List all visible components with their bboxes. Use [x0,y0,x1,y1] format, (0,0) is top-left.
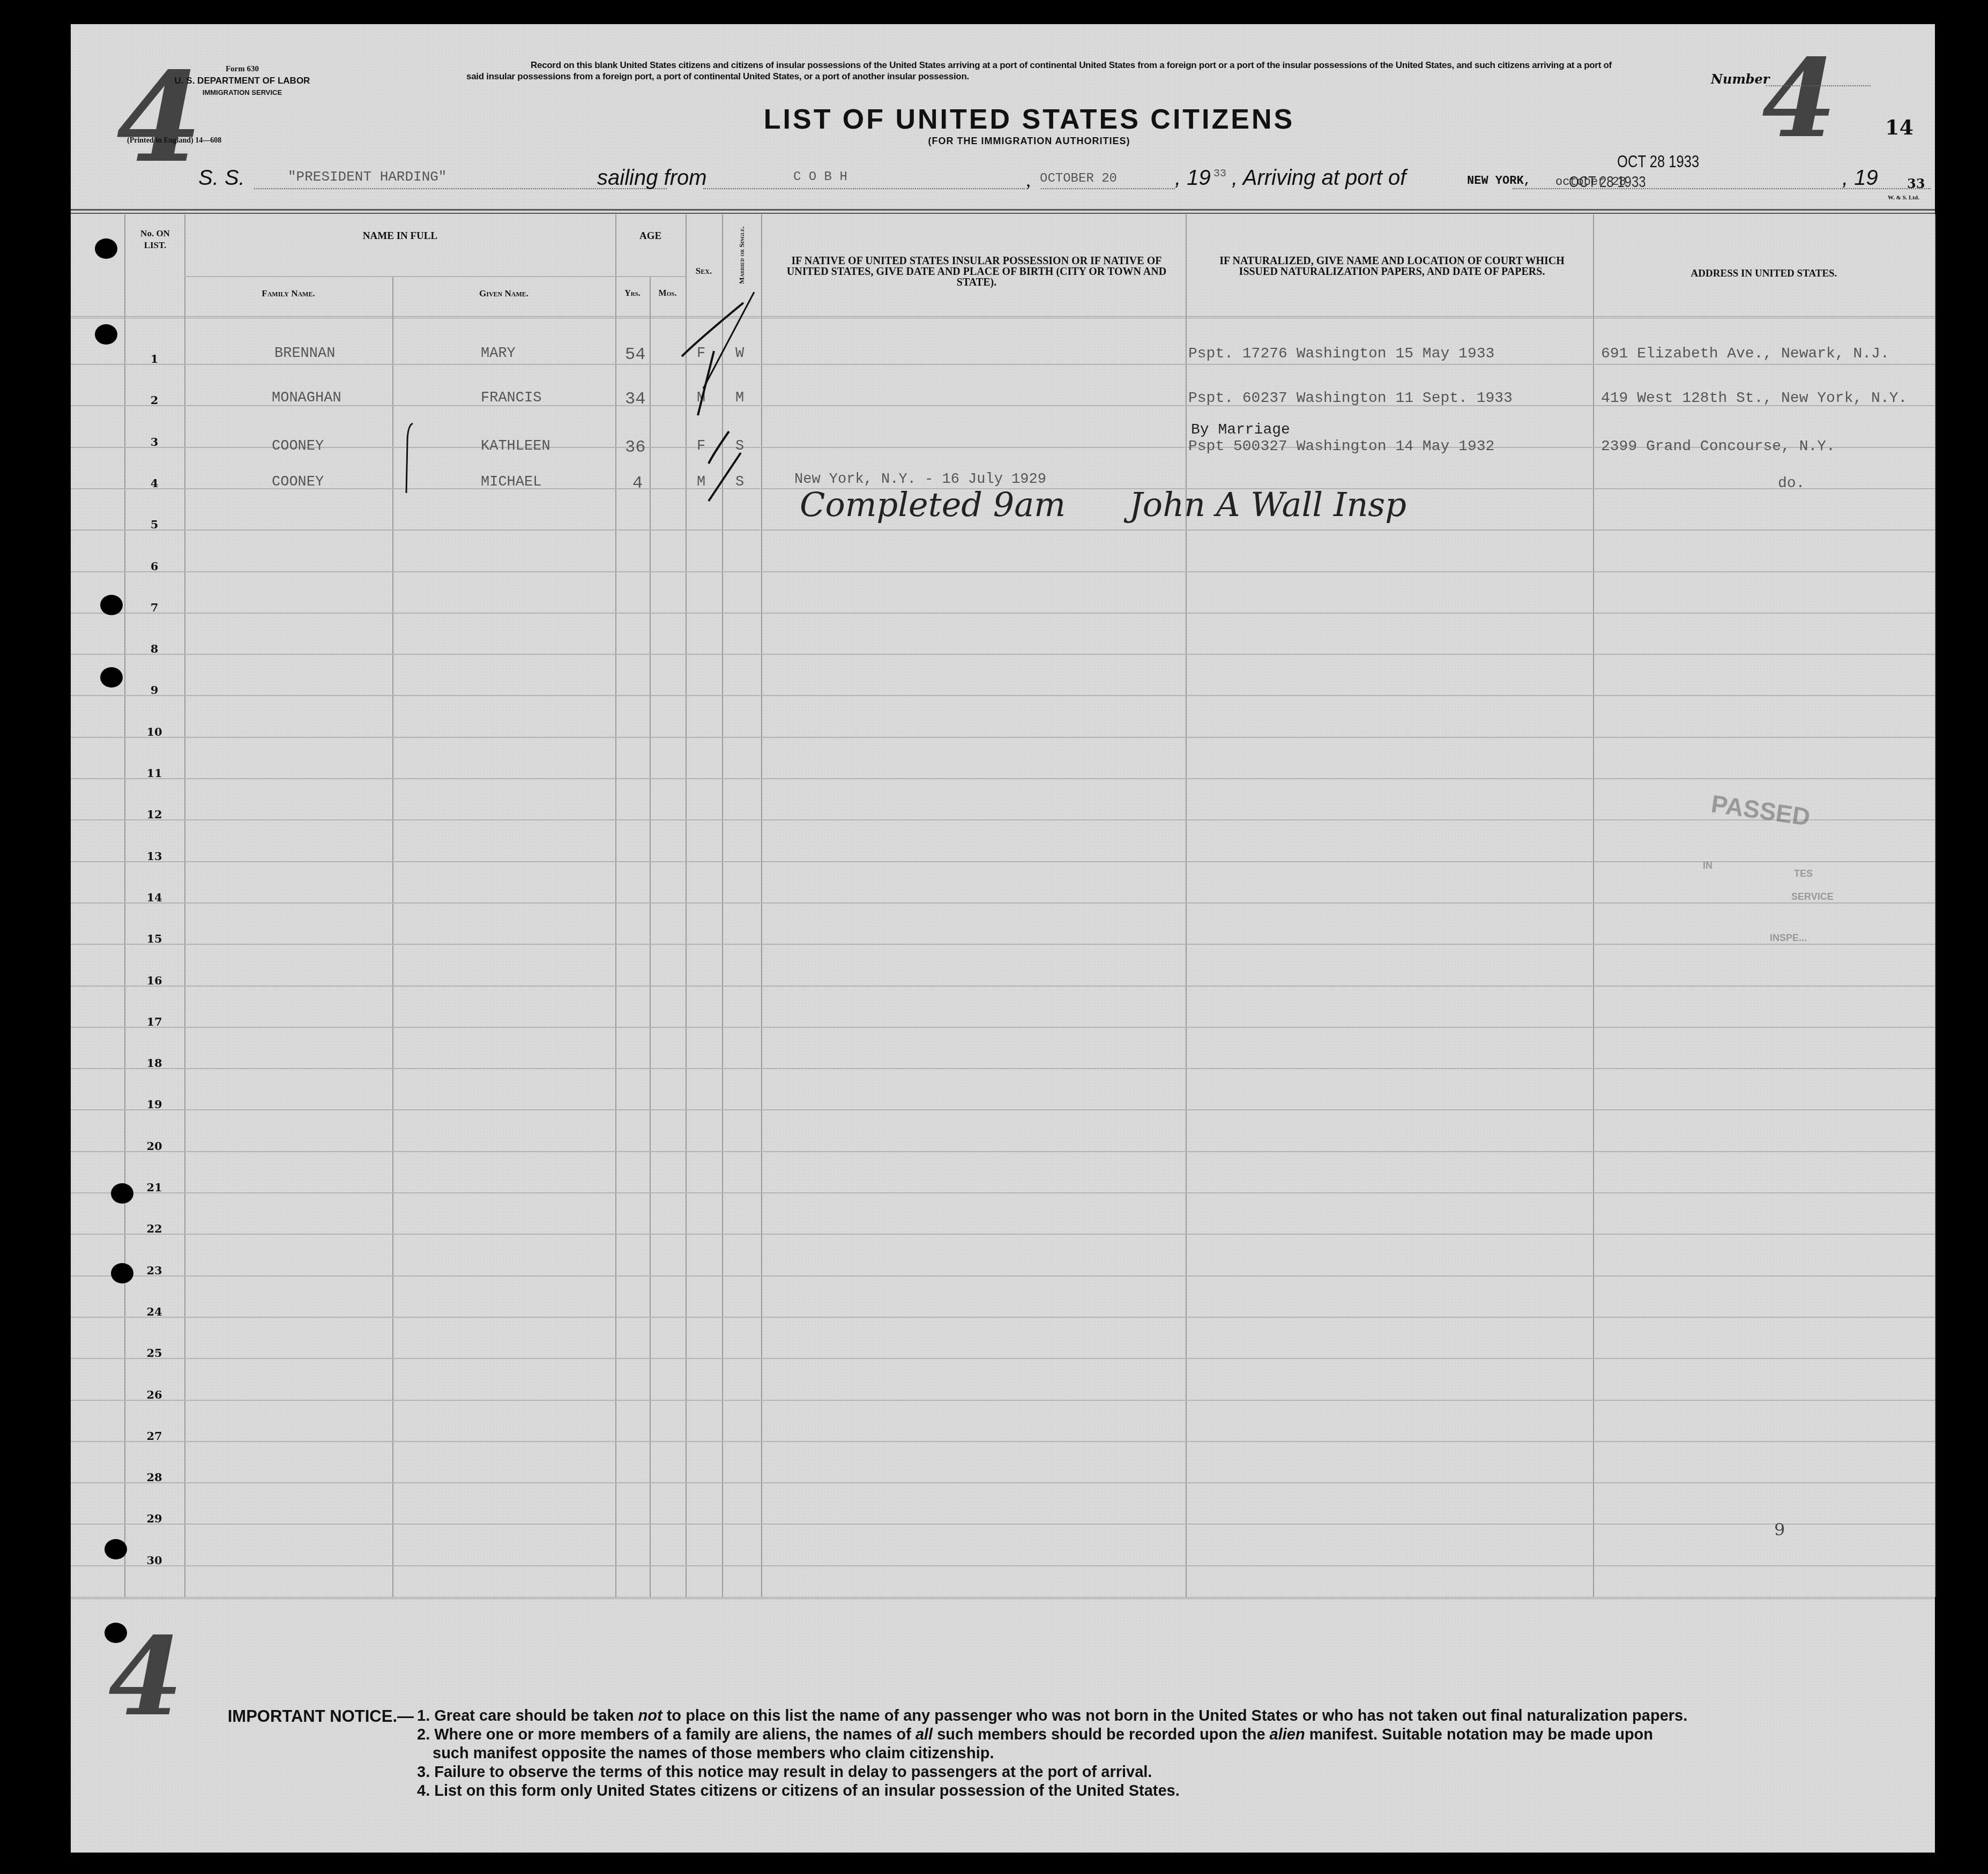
col-line [1935,214,1935,1597]
notice-emphasis: not [638,1707,662,1724]
row-rule [71,1234,1935,1235]
row-number: 29 [138,1512,170,1525]
col-header-naturalization: IF NATURALIZED, GIVE NAME AND LOCATION O… [1202,256,1582,277]
notice-text: Where one or more members of a family ar… [434,1726,1653,1744]
punch-hole [111,1263,133,1283]
row-number: 19 [138,1097,170,1111]
punch-hole [95,324,117,345]
notice-text-part: such members should be recorded upon the [933,1726,1269,1743]
row-rule [71,654,1935,655]
notice-emphasis: all [915,1726,933,1743]
row-rule [71,529,1935,531]
important-notice: IMPORTANT NOTICE.— 1. Great care should … [140,1707,1931,1801]
col-header-no: No. ON LIST. [130,228,181,251]
naturalization-cell: Pspt 500327 Washington 14 May 1932 [1188,438,1494,455]
given-name-cell: MARY [481,346,516,362]
row-rule [71,695,1935,696]
col-line [184,214,185,1597]
row-number: 7 [138,601,170,614]
notice-text-part: Where one or more members of a family ar… [434,1726,915,1743]
name-age-divider [184,276,686,277]
row-number: 15 [138,932,170,945]
notice-num: 1. [417,1707,430,1726]
row-number: 24 [138,1305,170,1318]
row-number: 23 [138,1264,170,1277]
row-rule [71,819,1935,820]
row-rule [71,364,1935,365]
row-number: 9 [138,683,170,697]
col-header-yrs: Yrs. [615,288,650,300]
row-rule [71,1482,1935,1483]
col-header-family-name: Family Name. [184,288,392,300]
arrival-year-suffix: 33 [1907,176,1925,191]
printed-note: (Printed in England) 14—608 [127,137,221,145]
form-number: Form 630 [199,65,285,74]
row-number: 28 [138,1470,170,1484]
comma: , [1175,166,1187,190]
departure-date-line [1041,188,1175,189]
year-prefix: 19 [1187,166,1211,190]
departure-date: OCTOBER 20 [1040,171,1117,186]
family-name-cell: MONAGHAN [272,390,341,406]
row-number: 26 [138,1388,170,1401]
number-field-line [1766,85,1871,86]
row-rule [71,778,1935,779]
col-line [615,214,616,1597]
header-rule [71,209,1935,211]
row-number: 13 [138,849,170,863]
address-cell: 419 West 128th St., New York, N.Y. [1601,390,1907,407]
row-number: 12 [138,808,170,821]
row-rule [71,902,1935,904]
row-number: 22 [138,1222,170,1235]
notice-item-4: 4. List on this form only United States … [140,1782,1931,1801]
punch-hole [111,1183,133,1204]
row-number: 20 [138,1139,170,1153]
corner-number-stamp-top: 4 [116,56,202,180]
notice-text: List on this form only United States cit… [434,1782,1180,1801]
departure-port-line [703,188,1025,189]
stamp-fragment: INSPE... [1770,932,1807,944]
row-rule [71,1275,1935,1276]
stamp-fragment: IN [1703,860,1712,871]
notice-text-part: Great care should be taken [434,1707,638,1724]
row-rule [71,861,1935,862]
age-years-cell: 4 [632,473,643,493]
row-rule [71,1027,1935,1028]
row-rule [71,1109,1935,1110]
passed-stamp: PASSED [1709,789,1812,831]
row-rule [71,613,1935,614]
sailing-from-label: sailing from [597,166,707,190]
arrival-date-stamp-overprint: OCT 28 1933 [1569,173,1646,191]
row-rule [71,571,1935,572]
record-instructions: Record on this blank United States citiz… [466,59,1613,82]
row-rule [71,1441,1935,1442]
number-label: Number [1711,71,1769,87]
service-label: IMMIGRATION SERVICE [162,88,323,96]
check-marks [660,281,821,506]
row-rule [71,1192,1935,1193]
col-header-sex: Sex. [686,265,722,277]
row-number: 21 [138,1181,170,1194]
row-rule [71,1524,1935,1525]
row-rule [71,1068,1935,1069]
row-number: 2 [138,393,170,407]
row-number: 16 [138,974,170,987]
notice-num: 3. [417,1763,430,1782]
notice-text: Failure to observe the terms of this not… [434,1763,1152,1782]
row-number: 1 [138,352,170,365]
ship-name: "PRESIDENT HARDING" [288,169,446,185]
col-line [650,276,651,1597]
header-rule-2 [71,213,1935,214]
stamp-fragment: SERVICE [1791,891,1834,902]
notice-text-part: manifest. Suitable notation may be made … [1305,1726,1653,1743]
age-years-cell: 34 [625,389,645,409]
row-number: 8 [138,642,170,655]
row-rule [71,1565,1935,1566]
printer-mark: W. & S. Ltd. [1888,195,1919,201]
ss-label: S. S. [198,166,245,190]
col-header-native-birth: IF NATIVE OF UNITED STATES INSULAR POSSE… [778,256,1175,288]
naturalization-cell: Pspt. 60237 Washington 11 Sept. 1933 [1188,390,1513,407]
naturalization-cell: Pspt. 17276 Washington 15 May 1933 [1188,346,1494,362]
row-number: 5 [138,518,170,531]
footer-rule [71,1597,1935,1599]
punch-hole [105,1623,127,1643]
row-rule [71,1358,1935,1359]
row-number: 4 [138,476,170,490]
given-name-cell: KATHLEEN [481,438,550,454]
row-number: 3 [138,435,170,449]
age-years-cell: 54 [625,345,645,364]
row-rule [71,944,1935,945]
notice-item-3: 3. Failure to observe the terms of this … [140,1763,1931,1782]
address-cell: 691 Elizabeth Ave., Newark, N.J. [1601,346,1889,362]
row-number: 17 [138,1015,170,1028]
col-line [392,276,393,1597]
notice-num: 4. [417,1782,430,1801]
col-header-address: ADDRESS IN UNITED STATES. [1593,268,1935,280]
department-label: U. S. DEPARTMENT OF LABOR [162,76,323,86]
row-number: 10 [138,725,170,738]
row-rule [71,1400,1935,1401]
handwritten-completed-note: Completed 9am [800,485,1066,524]
row-number: 30 [138,1554,170,1567]
number-stamp: 4 [1762,46,1836,153]
family-name-cell: COONEY [272,474,324,490]
given-name-cell: FRANCIS [481,390,541,406]
header-bottom-rule [71,316,1935,318]
notice-num: 2. [417,1726,430,1744]
family-name-cell: COONEY [272,438,324,454]
departure-year-prefix: , 19 [1175,166,1211,190]
inspector-signature: John A Wall Insp [1129,485,1406,524]
page-number: 14 [1885,115,1913,139]
family-name-cell: BRENNAN [274,346,335,362]
arriving-label: , Arriving at port of [1232,166,1406,190]
departure-port: C O B H [793,170,847,184]
col-line [124,214,125,1597]
col-header-name-in-full: NAME IN FULL [184,230,616,242]
col-line [1593,214,1594,1597]
row-number: 18 [138,1056,170,1070]
margin-mark: 9 [1774,1519,1785,1540]
notice-item-2-continued: such manifest opposite the names of thos… [140,1744,1931,1763]
comma-separator: , [1026,169,1031,191]
row-number: 27 [138,1429,170,1443]
departure-year-suffix: 33 [1213,168,1226,180]
arrival-date-stamp: OCT 28 1933 [1617,152,1699,171]
stamp-fragment: TES [1794,868,1813,879]
arrival-port: NEW YORK, [1467,174,1531,188]
age-years-cell: 36 [625,437,645,457]
page-subtitle: (FOR THE IMMIGRATION AUTHORITIES) [887,136,1171,147]
col-header-married-single: Married or Single. [736,223,748,287]
page-title: LIST OF UNITED STATES CITIZENS [726,103,1332,136]
row-number: 25 [138,1346,170,1360]
row-number: 14 [138,891,170,904]
col-header-given-name: Given Name. [392,288,615,300]
row-rule [71,985,1935,987]
row-number: 11 [138,766,170,780]
row-number: 6 [138,559,170,573]
punch-hole [100,667,123,688]
address-cell: 2399 Grand Concourse, N.Y. [1601,438,1835,455]
given-name-cell: MICHAEL [481,474,541,490]
notice-emphasis: alien [1270,1726,1305,1743]
address-cell: do. [1778,475,1805,492]
notice-text: Great care should be taken not to place … [434,1707,1687,1726]
notice-item-2: 2. Where one or more members of a family… [140,1726,1931,1744]
row-rule [71,1317,1935,1318]
family-bracket [402,421,418,496]
punch-hole [105,1539,127,1559]
row-rule [71,1151,1935,1152]
arrival-year-prefix: , 19 [1842,166,1878,190]
notice-heading: IMPORTANT NOTICE.— [140,1707,417,1726]
notice-item-1: IMPORTANT NOTICE.— 1. Great care should … [140,1707,1931,1726]
manifest-page: 4 4 4 Form 630 U. S. DEPARTMENT OF LABOR… [71,24,1935,1853]
punch-hole [95,238,117,259]
naturalization-note-cell: By Marriage [1191,422,1290,438]
col-line [1186,214,1187,1597]
col-header-age: AGE [615,230,686,242]
row-rule [71,737,1935,738]
notice-text-part: to place on this list the name of any pa… [662,1707,1688,1724]
punch-hole [100,595,123,615]
